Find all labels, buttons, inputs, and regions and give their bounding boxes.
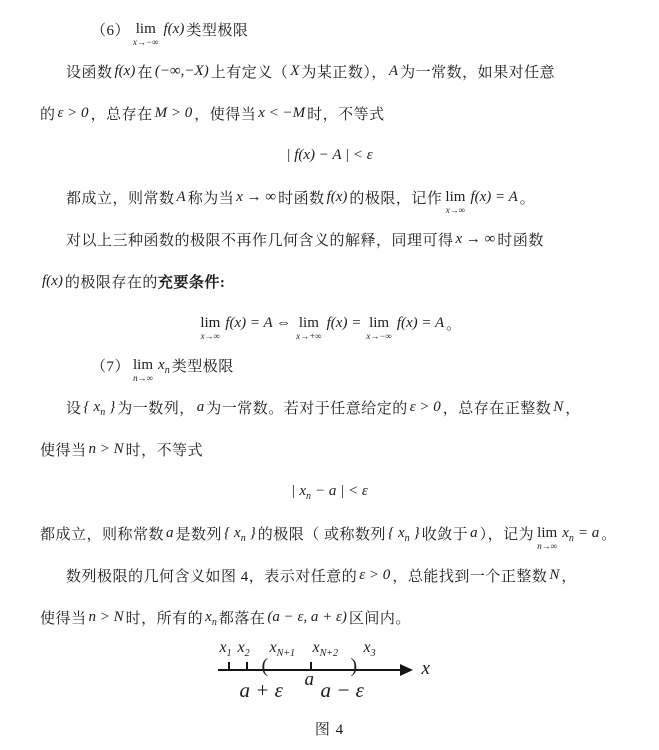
- text-segment: 的极限存在的: [65, 271, 158, 292]
- figure-caption: 图 4: [0, 718, 659, 739]
- point-label-x1: x1: [220, 640, 232, 656]
- text-segment: 称为当: [188, 187, 235, 208]
- math-segment: {: [222, 525, 232, 542]
- label-a-plus-eps: a + ε: [240, 680, 283, 701]
- point-label-x3: x3: [364, 640, 376, 656]
- text-segment: 时，不等式: [307, 103, 385, 124]
- math-segment: }: [248, 525, 258, 542]
- document-line: （6）limx→−∞f(x)类型极限: [0, 8, 659, 50]
- axis-label: x: [422, 658, 430, 680]
- text-segment: 收敛于: [422, 523, 469, 544]
- math-segment: A: [387, 63, 400, 80]
- document-line: 数列极限的几何含义如图 4，表示对任意的ε > 0，总能找到一个正整数N，: [0, 554, 659, 596]
- math-segment: N: [551, 399, 565, 416]
- text-segment: 都成立，则常数: [66, 187, 175, 208]
- math-segment: M > 0: [153, 105, 195, 122]
- text-segment: 设函数: [66, 61, 113, 82]
- number-line-diagram: x x1 x2 xN+1 xN+2 x3 ( ) a a + ε a − ε: [218, 643, 442, 701]
- document-line: 使得当n > N时，所有的xn都落在(a − ε, a + ε)区间内。: [0, 596, 659, 638]
- bold-text-segment: 充要条件:: [158, 271, 226, 292]
- document-line: 对以上三种函数的极限不再作几何含义的解释，同理可得x → ∞时函数: [0, 218, 659, 260]
- document-line: f(x)的极限存在的充要条件:: [0, 260, 659, 302]
- text-segment: ，总能找到一个正整数: [392, 565, 547, 586]
- text-segment: 设: [66, 397, 82, 418]
- limit-operator: limn→∞: [133, 358, 153, 383]
- point-label-xN1: xN+1: [270, 640, 296, 656]
- text-segment: 区间内。: [349, 607, 411, 628]
- limit-operator: limx→−∞: [133, 22, 158, 47]
- document-page: （6）limx→−∞f(x)类型极限设函数f(x)在(−∞,−X)上有定义（ X…: [0, 0, 659, 750]
- text-segment: ，总存在: [91, 103, 153, 124]
- text-segment: 时，不等式: [126, 439, 204, 460]
- math-segment: n > N: [87, 609, 126, 626]
- math-segment: (−∞,−X): [153, 63, 211, 80]
- math-segment: ε > 0: [56, 105, 91, 122]
- text-segment: 的: [40, 103, 56, 124]
- text-segment: 时函数: [278, 187, 325, 208]
- math-segment: x < −M: [256, 105, 307, 122]
- text-segment: 使得当: [40, 439, 87, 460]
- tick-x1: [228, 662, 230, 669]
- math-segment: A: [175, 189, 188, 206]
- text-segment: ，: [561, 565, 577, 586]
- limit-operator: limx→−∞: [366, 316, 391, 341]
- interval-close-paren: ): [351, 656, 358, 676]
- text-segment: 是数列: [176, 523, 223, 544]
- point-label-x2: x2: [238, 640, 250, 656]
- text-segment: 。: [446, 313, 462, 334]
- text-segment: 。: [520, 187, 536, 208]
- math-segment: f(x): [162, 21, 187, 38]
- label-a-minus-eps: a − ε: [321, 680, 364, 701]
- document-line: （7）limn→∞xn类型极限: [0, 344, 659, 386]
- document-line: 设{xn}为一数列，a为一常数。若对于任意给定的ε > 0，总存在正整数N，: [0, 386, 659, 428]
- text-segment: 在: [137, 61, 153, 82]
- math-segment: (a − ε, a + ε): [265, 609, 349, 626]
- text-segment: ，使得当: [194, 103, 256, 124]
- text-segment: （7）: [91, 355, 130, 376]
- text-segment: 为一常数，如果对任意: [400, 61, 555, 82]
- limit-operator: limn→∞: [537, 526, 557, 551]
- math-segment: − a | < ε: [313, 483, 370, 500]
- text-segment: 为一数列，: [117, 397, 195, 418]
- math-segment: a: [195, 399, 207, 416]
- math-subscript-segment: xn: [92, 399, 108, 416]
- limit-operator: limx→∞: [200, 316, 220, 341]
- document-line: 的ε > 0，总存在M > 0，使得当x < −M时，不等式: [0, 92, 659, 134]
- math-segment: {: [386, 525, 396, 542]
- axis-arrow-icon: [400, 664, 413, 676]
- text-segment: 数列极限的几何含义如图 4，表示对任意的: [66, 565, 357, 586]
- math-segment: a: [468, 525, 480, 542]
- math-segment: }: [412, 525, 422, 542]
- document-line: limx→∞f(x) = A ⇔limx→+∞f(x) =limx→−∞f(x)…: [0, 302, 659, 344]
- tick-a: [310, 662, 312, 669]
- text-segment: ，总存在正整数: [443, 397, 552, 418]
- math-subscript-segment: xn: [396, 525, 412, 542]
- math-segment: | f(x) − A | < ε: [284, 147, 374, 164]
- limit-operator: limx→∞: [445, 190, 465, 215]
- math-segment: ε > 0: [408, 399, 443, 416]
- text-segment: 都落在: [219, 607, 266, 628]
- math-subscript-segment: xn: [203, 609, 219, 626]
- math-segment: f(x): [113, 63, 138, 80]
- document-line: |xn− a | < ε: [0, 470, 659, 512]
- math-subscript-segment: xn: [560, 525, 576, 542]
- document-line: 都成立，则常数A称为当x → ∞时函数f(x)的极限，记作limx→∞f(x) …: [0, 176, 659, 218]
- document-line: 设函数f(x)在(−∞,−X)上有定义（ X 为某正数）， A为一常数，如果对任…: [0, 50, 659, 92]
- math-segment: f(x) = A: [468, 189, 519, 206]
- math-segment: N: [547, 567, 561, 584]
- math-segment: x → ∞: [234, 189, 278, 206]
- document-line: | f(x) − A | < ε: [0, 134, 659, 176]
- math-segment: ε > 0: [357, 567, 392, 584]
- text-segment: 为一常数。若对于任意给定的: [206, 397, 408, 418]
- text-segment: 的极限（ 或称数列: [258, 523, 386, 544]
- math-subscript-segment: xn: [156, 357, 172, 374]
- math-segment: f(x) =: [325, 315, 364, 332]
- text-segment: 的极限，记作: [349, 187, 442, 208]
- text-segment: 。: [601, 523, 617, 544]
- math-subscript-segment: xn: [232, 525, 248, 542]
- text-segment: 对以上三种函数的极限不再作几何含义的解释，同理可得: [66, 229, 454, 250]
- math-segment: f(x) = A: [395, 315, 446, 332]
- text-segment: 上有定义（: [211, 61, 289, 82]
- math-segment: n > N: [87, 441, 126, 458]
- point-label-xN2: xN+2: [313, 640, 339, 656]
- math-segment: }: [107, 399, 117, 416]
- interval-open-paren: (: [262, 656, 269, 676]
- limit-operator: limx→+∞: [296, 316, 321, 341]
- label-a: a: [305, 670, 315, 689]
- math-subscript-segment: xn: [297, 483, 313, 500]
- document-line: 都成立，则称常数a是数列{xn}的极限（ 或称数列{xn}收敛于a ），记为li…: [0, 512, 659, 554]
- math-segment: a: [164, 525, 176, 542]
- math-segment: x → ∞: [454, 231, 498, 248]
- text-segment: 类型极限: [186, 19, 248, 40]
- text-segment: 类型极限: [172, 355, 234, 376]
- figure-4: x x1 x2 xN+1 xN+2 x3 ( ) a a + ε a − ε: [0, 643, 659, 701]
- math-segment: f(x): [325, 189, 350, 206]
- tick-x2: [246, 662, 248, 669]
- text-segment: （6）: [91, 19, 130, 40]
- math-segment: |: [289, 483, 297, 500]
- document-body: （6）limx→−∞f(x)类型极限设函数f(x)在(−∞,−X)上有定义（ X…: [0, 8, 659, 638]
- text-segment: 时，所有的: [126, 607, 204, 628]
- math-segment: {: [82, 399, 92, 416]
- math-segment: = a: [576, 525, 601, 542]
- text-segment: ），记为: [480, 523, 535, 544]
- text-segment: ，: [565, 397, 581, 418]
- math-segment: f(x) = A ⇔: [223, 315, 293, 332]
- text-segment: 时函数: [497, 229, 544, 250]
- math-segment: X: [288, 63, 301, 80]
- text-segment: 都成立，则称常数: [40, 523, 164, 544]
- text-segment: 使得当: [40, 607, 87, 628]
- text-segment: 为某正数），: [301, 61, 387, 82]
- document-line: 使得当n > N时，不等式: [0, 428, 659, 470]
- math-segment: f(x): [40, 273, 65, 290]
